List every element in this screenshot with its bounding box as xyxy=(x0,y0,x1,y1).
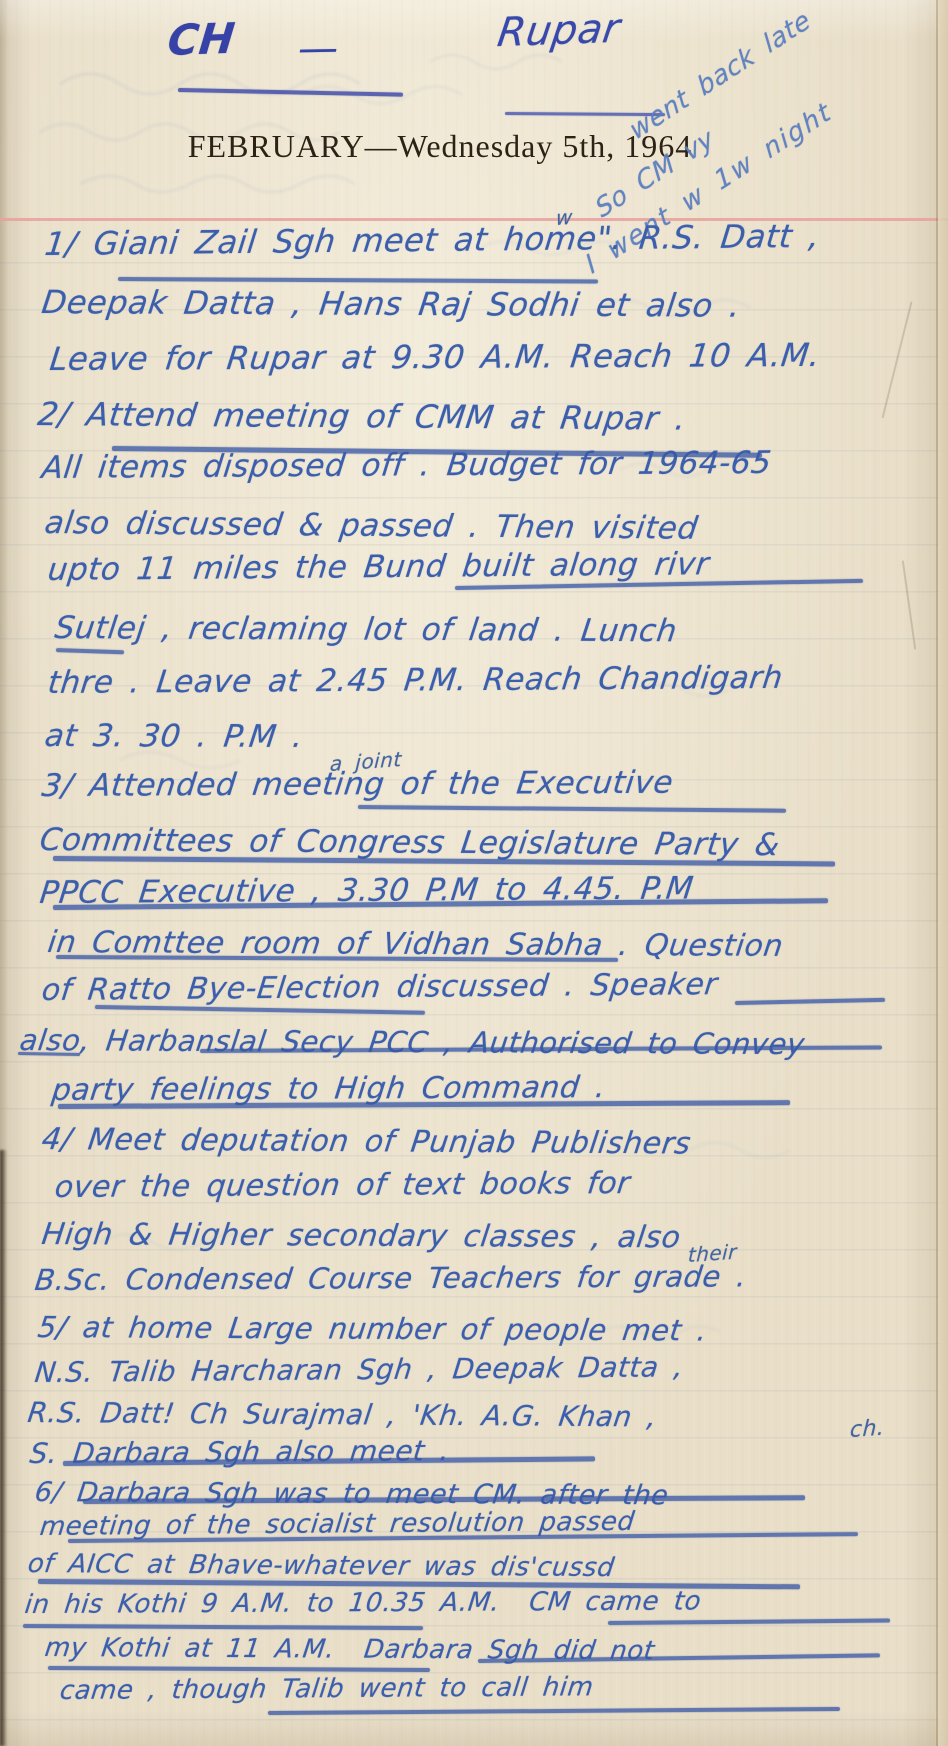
route-from-annotation: CH xyxy=(165,14,237,66)
handwritten-underline xyxy=(56,648,124,654)
handwritten-line: R.S. Datt! Ch Surajmal , 'Kh. A.G. Khan … xyxy=(26,1396,659,1433)
ch-margin-note: ch. xyxy=(849,1416,885,1444)
route-from-underline xyxy=(178,88,403,97)
paper-crease-2 xyxy=(902,560,917,649)
handwritten-line: 3/ Attended meeting of the Executive xyxy=(40,765,675,804)
handwritten-underline xyxy=(23,1624,423,1630)
handwritten-line: of Ratto Bye-Election discussed . Speake… xyxy=(40,967,719,1008)
handwritten-line: at 3. 30 . P.M . xyxy=(43,718,306,755)
handwritten-line: over the question of text books for xyxy=(53,1166,632,1205)
handwritten-line: 4/ Meet deputation of Punjab Publishers xyxy=(40,1122,693,1161)
handwritten-line: came , though Talib went to call him xyxy=(58,1672,595,1706)
handwritten-underline xyxy=(48,1666,430,1672)
handwritten-line: Deepak Datta , Hans Raj Sodhi et also . xyxy=(40,283,743,325)
handwritten-line: Leave for Rupar at 9.30 A.M. Reach 10 A.… xyxy=(48,336,823,378)
handwritten-underline xyxy=(358,805,786,813)
page-under-edge xyxy=(938,0,948,1746)
handwritten-line: N.S. Talib Harcharan Sgh , Deepak Datta … xyxy=(33,1350,685,1389)
handwritten-underline xyxy=(268,1707,840,1715)
handwritten-line: in his Kothi 9 A.M. to 10.35 A.M. CM cam… xyxy=(23,1586,703,1620)
handwritten-underline xyxy=(118,277,598,284)
handwritten-line: High & Higher secondary classes , also xyxy=(40,1217,683,1255)
handwritten-underline xyxy=(735,998,885,1005)
diary-page: CH — Rupar FEBRUARY—Wednesday 5th, 1964 … xyxy=(0,0,948,1746)
handwritten-line: 5/ at home Large number of people met . xyxy=(36,1310,709,1347)
handwritten-line: B.Sc. Condensed Course Teachers for grad… xyxy=(33,1259,748,1297)
handwritten-line: also discussed & passed . Then visited xyxy=(43,505,700,547)
handwritten-line: 1/ Giani Zail Sgh meet at home". R.S. Da… xyxy=(43,217,822,263)
route-to-annotation: Rupar xyxy=(495,6,623,57)
handwritten-line: thre . Leave at 2.45 P.M. Reach Chandiga… xyxy=(46,660,785,701)
handwritten-line: 6/ Darbara Sgh was to meet CM. after the xyxy=(33,1477,670,1511)
handwritten-line: of AICC at Bhave-whatever was dis'cussd xyxy=(26,1549,616,1583)
paper-crease xyxy=(882,302,913,419)
route-dash-annotation: — xyxy=(298,25,339,72)
handwritten-underline xyxy=(95,1005,425,1015)
handwritten-line: Sutlej , reclaming lot of land . Lunch xyxy=(53,610,679,649)
handwritten-line: 2/ Attend meeting of CMM at Rupar . xyxy=(36,395,689,437)
binding-gutter-shadow xyxy=(0,1150,7,1746)
handwritten-underline xyxy=(608,1619,890,1625)
handwritten-line: upto 11 miles the Bund built along rivr xyxy=(46,546,711,588)
handwritten-line: also, Harbanslal Secy PCC , Authorised t… xyxy=(18,1023,807,1061)
